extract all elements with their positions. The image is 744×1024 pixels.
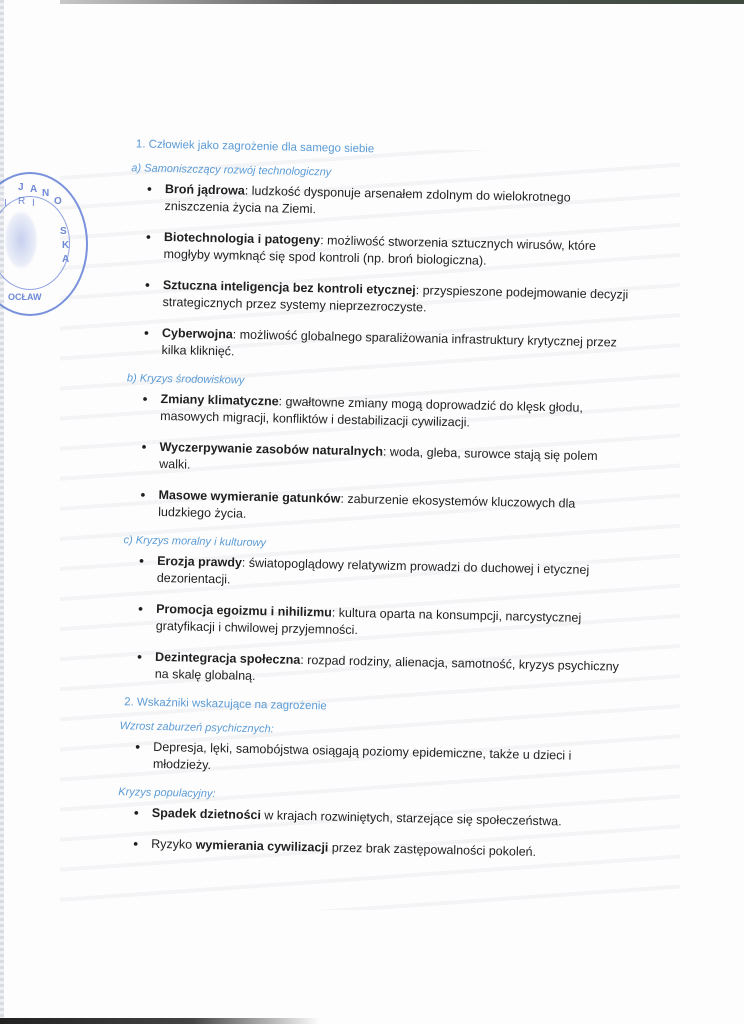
list-item: Wyczerpywanie zasobów naturalnych: woda,…	[111, 438, 632, 483]
stamp-letter: J	[18, 182, 24, 193]
scan-top-edge	[60, 0, 744, 4]
list-item: Masowe wymieranie gatunków: zaburzenie e…	[110, 486, 631, 531]
list-item: Depresja, lęki, samobójstwa osiągają poz…	[105, 738, 626, 783]
stamp-letter: I	[4, 198, 7, 209]
stamp-emblem	[4, 210, 38, 270]
stamp-letter: S	[60, 226, 67, 237]
bullet-list: Zmiany klimatyczne: gwałtowne zmiany mog…	[110, 390, 633, 531]
list-item: Zmiany klimatyczne: gwałtowne zmiany mog…	[112, 390, 633, 435]
list-item: Broń jądrowa: ludzkość dysponuje arsenał…	[116, 180, 637, 225]
scan-bottom-edge	[0, 1018, 320, 1024]
stamp-letter: I	[32, 198, 35, 209]
section-heading: 2. Wskaźniki wskazujące na zagrożenie	[124, 696, 626, 719]
stamp-letter: O	[54, 196, 62, 207]
list-item: Sztuczna inteligencja bez kontroli etycz…	[114, 276, 635, 321]
list-item: Cyberwojna: możliwość globalnego sparali…	[113, 324, 634, 369]
stamp-city: OCŁAW	[8, 292, 42, 302]
bullet-list: Depresja, lęki, samobójstwa osiągają poz…	[105, 738, 626, 783]
bullet-list: Spadek dzietności w krajach rozwiniętych…	[103, 804, 624, 863]
list-item: Biotechnologia i patogeny: możliwość stw…	[115, 228, 636, 273]
list-item: Erozja prawdy: światopoglądowy relatywiz…	[109, 552, 630, 597]
stamp-icon: J A N O S K A I R I OCŁAW	[0, 172, 88, 316]
stamp-letter: N	[42, 188, 49, 199]
document-page: 1. Człowiek jako zagrożenie dla samego s…	[103, 138, 638, 877]
stamp-letter: A	[62, 254, 69, 265]
stamp-letter: R	[18, 196, 25, 207]
list-item: Dezintegracja społeczna: rozpad rodziny,…	[107, 648, 628, 693]
list-item: Spadek dzietności w krajach rozwiniętych…	[104, 804, 624, 832]
stamp-letter: A	[30, 184, 37, 195]
list-item: Ryzyko wymierania cywilizacji przez brak…	[103, 835, 623, 863]
section-heading: 1. Człowiek jako zagrożenie dla samego s…	[136, 138, 638, 161]
stamp-letter: K	[62, 240, 69, 251]
scan-left-edge	[0, 0, 4, 1024]
list-item: Promocja egoizmu i nihilizmu: kultura op…	[108, 600, 629, 645]
bullet-list: Erozja prawdy: światopoglądowy relatywiz…	[107, 552, 630, 693]
bullet-list: Broń jądrowa: ludzkość dysponuje arsenał…	[113, 180, 637, 369]
